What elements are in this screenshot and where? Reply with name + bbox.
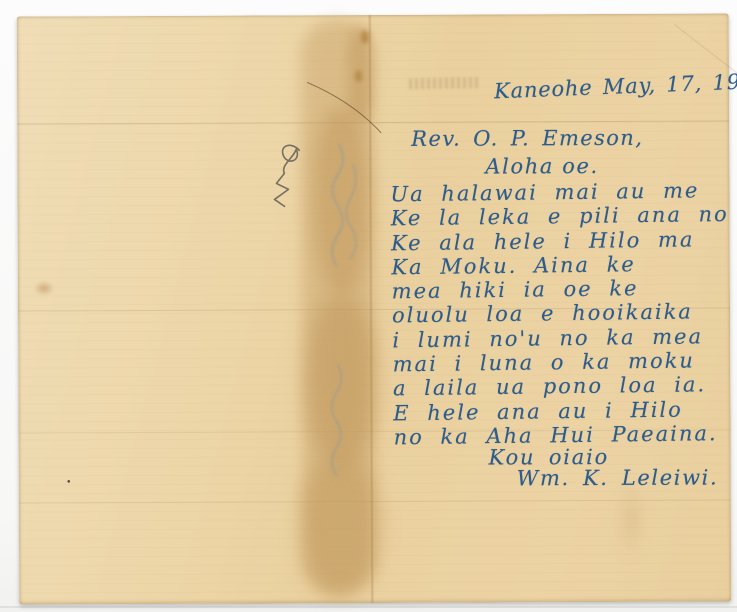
letter-signature: Wm. K. Leleiwi. [517,465,719,490]
letter-paper: Kaneohe May, 17, 1907. Rev. O. P. Emeson… [17,13,732,604]
stain-blotch [306,295,377,465]
stain-blotch [347,25,373,120]
brown-spot [355,70,362,82]
faded-stamp-mark [409,77,481,90]
paper-speck [67,480,70,483]
fold-crease-line [17,120,729,124]
letter-body: Ua halawai mai au me Ke la leka e pili a… [390,178,731,450]
pencil-scribble [274,145,299,206]
letter-recipient: Rev. O. P. Emeson, [411,126,643,151]
small-stain [30,278,58,298]
letter-dateline: Kaneohe May, 17, 1907. [494,68,737,103]
fold-crease-line [19,499,731,503]
brown-spot [361,30,369,44]
stain-blotch [313,105,370,295]
scanner-edge-shadow [0,606,737,608]
hairline-crack [307,82,381,133]
stain-blotch [301,455,380,595]
scanned-letter-background: Kaneohe May, 17, 1907. Rev. O. P. Emeson… [0,0,737,612]
letter-salutation: Aloha oe. [485,154,599,178]
center-fold-stain [301,20,376,595]
